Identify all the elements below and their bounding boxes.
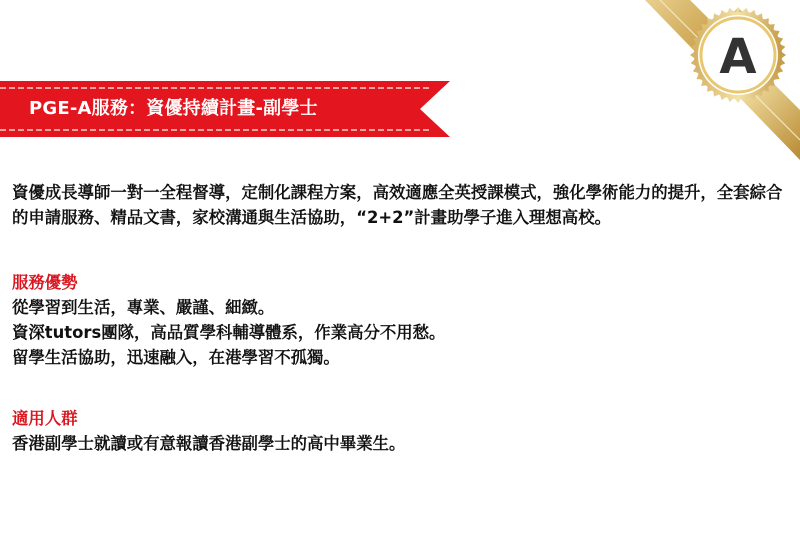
advantage-item: 留學生活協助，迅速融入，在港學習不孤獨。 xyxy=(12,345,792,370)
intro-paragraph: 資優成長導師一對一全程督導，定制化課程方案，高效適應全英授課模式，強化學術能力的… xyxy=(12,180,792,230)
badge-letter: A xyxy=(719,29,756,85)
advantages-heading: 服務優勢 xyxy=(12,270,792,295)
audience-heading: 適用人群 xyxy=(12,406,792,431)
content: 資優成長導師一對一全程督導，定制化課程方案，高效適應全英授課模式，強化學術能力的… xyxy=(12,180,792,456)
title-banner: PGE-A服務：資優持續計畫-副學士 xyxy=(0,81,450,137)
seal xyxy=(690,7,786,103)
advantage-item: 資深tutors團隊，高品質學科輔導體系，作業高分不用愁。 xyxy=(12,320,792,345)
spacer xyxy=(12,230,792,270)
spacer xyxy=(12,370,792,406)
audience-text: 香港副學士就讀或有意報讀香港副學士的高中畢業生。 xyxy=(12,431,792,456)
banner-title: PGE-A服務：資優持續計畫-副學士 xyxy=(29,81,318,137)
advantage-item: 從學習到生活，專業、嚴謹、細緻。 xyxy=(12,295,792,320)
